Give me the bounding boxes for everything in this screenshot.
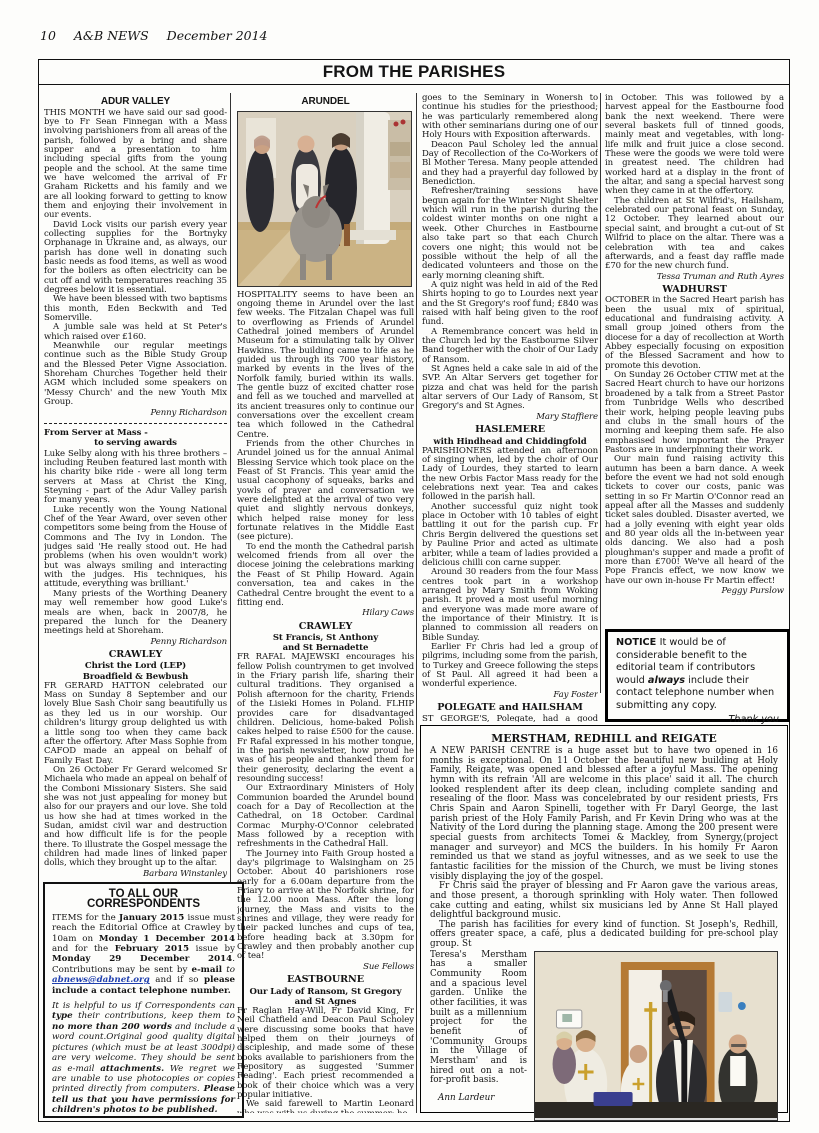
- paragraph: Friends from the other Churches in Arund…: [237, 440, 414, 543]
- paragraph: FR GERARD HATTON celebrated our Mass on …: [44, 682, 227, 766]
- paragraph: St Agnes held a cake sale in aid of the …: [422, 365, 598, 412]
- article-title-arundel: ARUNDEL: [237, 96, 414, 108]
- newspaper-page: 10 A&B NEWS December 2014 FROM THE PARIS…: [0, 0, 819, 1133]
- notice-text: NOTICE It would be of considerable benef…: [616, 637, 779, 713]
- article-title-wadhurst: WADHURST: [605, 284, 784, 296]
- email-link[interactable]: abnews@dabnet.org: [52, 975, 150, 985]
- text-run: their contributions, keep them to: [73, 1011, 235, 1021]
- paragraph: We have been blessed with two baptisms t…: [44, 295, 227, 323]
- article-title-adur-valley: ADUR VALLEY: [44, 96, 227, 108]
- byline: Penny Richardson: [44, 638, 227, 647]
- byline: Penny Richardson: [44, 409, 227, 418]
- section-banner: FROM THE PARISHES: [39, 60, 789, 85]
- merstham-wrap-row: Teresa's Merstham has a smaller Communit…: [430, 951, 778, 1121]
- paragraph: Fr Chris said the prayer of blessing and…: [430, 882, 778, 921]
- paragraph: PARISHIONERS attended an afternoon of si…: [422, 447, 598, 503]
- correspondents-notice-box: TO ALL OUR CORRESPONDENTS ITEMS for the …: [43, 882, 244, 1118]
- byline: Barbara Winstanley: [44, 870, 227, 879]
- text-run: e-mail: [192, 965, 223, 975]
- paragraph: FR RAFAL MAJEWSKI encourages his fellow …: [237, 653, 414, 784]
- article-subtitle: Our Lady of Ransom, St Gregory: [237, 987, 414, 997]
- paragraph: THIS MONTH we have said our sad good-bye…: [44, 109, 227, 221]
- page-number: 10: [40, 28, 56, 43]
- column-2: ARUNDEL: [237, 94, 414, 1113]
- byline: Hilary Caws: [237, 609, 414, 618]
- text-run: Monday 1 December 2014: [99, 934, 235, 944]
- correspondents-title: TO ALL OUR CORRESPONDENTS: [52, 889, 235, 910]
- text-run: ITEMS for the: [52, 913, 119, 923]
- text-run: no more than 200 words: [52, 1022, 172, 1032]
- text-run: to: [226, 965, 235, 975]
- article-title-crawley-friary: CRAWLEY: [237, 621, 414, 633]
- column-rule-2: [416, 93, 417, 1113]
- text-run: attachments.: [100, 1064, 164, 1074]
- paragraph: OCTOBER in the Sacred Heart parish has b…: [605, 296, 784, 371]
- byline: Mary Staffiere: [422, 413, 598, 422]
- paragraph: Meanwhile our regular meetings continue …: [44, 342, 227, 407]
- paragraph: On 26 October Fr Gerard welcomed Sr Mich…: [44, 766, 227, 869]
- byline: Ann Lardeur: [430, 1094, 527, 1104]
- merstham-wrap-text: Teresa's Merstham has a smaller Communit…: [430, 951, 527, 1121]
- merstham-photo-illustration: [535, 952, 777, 1118]
- masthead-title: A&B NEWS: [74, 28, 149, 43]
- merstham-blessing-photo: [534, 951, 778, 1121]
- article-subtitle: St Francis, St Anthony: [237, 633, 414, 643]
- byline: Tessa Truman and Ruth Ayres: [605, 273, 784, 282]
- text-run: and if so: [150, 975, 204, 985]
- content-frame: FROM THE PARISHES ADUR VALLEY THIS MONTH…: [38, 59, 790, 1122]
- column-rule-3: [600, 93, 601, 693]
- masthead: 10 A&B NEWS December 2014: [40, 28, 282, 43]
- text-run: issue by: [189, 944, 235, 954]
- article-title-server-awards-line2: to serving awards: [44, 438, 227, 448]
- paragraph: ST GEORGE'S, Polegate, had a good respon…: [422, 715, 598, 722]
- paragraph: On Sunday 26 October CTIW met at the Sac…: [605, 371, 784, 455]
- byline: Fay Foster: [422, 691, 598, 700]
- paragraph: The Journey into Faith Group hosted a da…: [237, 850, 414, 962]
- paragraph: To end the month the Cathedral parish we…: [237, 543, 414, 608]
- paragraph: goes to the Seminary in Wonersh to conti…: [422, 94, 598, 141]
- paragraph: Many priests of the Worthing Deanery may…: [44, 590, 227, 637]
- correspondents-paragraph-italic: It is helpful to us if Correspondents ca…: [52, 1001, 235, 1115]
- article-title-polegate: POLEGATE and HAILSHAM: [422, 702, 598, 714]
- paragraph: A jumble sale was held at St Peter's whi…: [44, 323, 227, 342]
- paragraph: Refresher/training sessions have begun a…: [422, 187, 598, 280]
- article-title-crawley-lord: CRAWLEY: [44, 649, 227, 661]
- text-run: January 2015: [119, 913, 184, 923]
- paragraph: Earlier Fr Chris had led a group of pilg…: [422, 643, 598, 690]
- column-4: in October. This was followed by a harve…: [605, 94, 784, 628]
- paragraph: Luke Selby along with his three brothers…: [44, 450, 227, 506]
- article-title-server-awards-line1: From Server at Mass -: [44, 428, 227, 438]
- paragraph: A quiz night was held in aid of the Red …: [422, 281, 598, 328]
- paragraph: David Lock visits our parish every year …: [44, 221, 227, 296]
- editorial-notice-box: NOTICE It would be of considerable benef…: [605, 629, 790, 722]
- paragraph: HOSPITALITY seems to have been an ongoin…: [237, 291, 414, 441]
- arundel-donkey-blessing-photo: [237, 111, 412, 287]
- merstham-article-box: MERSTHAM, REDHILL and REIGATE A NEW PARI…: [420, 725, 788, 1113]
- paragraph: Our main fund raising activity this autu…: [605, 455, 784, 586]
- text-run: and for the: [52, 944, 115, 954]
- paragraph: Luke recently won the Young National Che…: [44, 506, 227, 590]
- paragraph: in October. This was followed by a harve…: [605, 94, 784, 197]
- paragraph: We said farewell to Martin Leonard who w…: [237, 1100, 414, 1113]
- correspondents-paragraph: ITEMS for the January 2015 issue must re…: [52, 913, 235, 996]
- paragraph: Around 30 readers from the four Mass cen…: [422, 568, 598, 643]
- paragraph: The children at St Wilfrid's, Hailsham, …: [605, 197, 784, 272]
- column-1: ADUR VALLEY THIS MONTH we have said our …: [44, 94, 227, 882]
- byline: Peggy Purslow: [605, 587, 784, 596]
- paragraph: Another successful quiz night took place…: [422, 503, 598, 568]
- paragraph: A Remembrance concert was held in the Ch…: [422, 328, 598, 365]
- paragraph: A NEW PARISH CENTRE is a huge asset but …: [430, 747, 778, 882]
- paragraph: Fr Raglan Hay-Will, Fr David King, Fr Ne…: [237, 1007, 414, 1100]
- paragraph: Our Extraordinary Ministers of Holy Comm…: [237, 784, 414, 849]
- article-subtitle: Christ the Lord (LEP): [44, 661, 227, 671]
- text-run: NOTICE: [616, 637, 660, 648]
- article-title-haslemere: HASLEMERE: [422, 424, 598, 436]
- text-run: type: [52, 1011, 73, 1021]
- text-run: February 2015: [115, 944, 189, 954]
- text-run: Monday 29 December 2014: [52, 954, 232, 964]
- paragraph: Deacon Paul Scholey led the annual Day o…: [422, 141, 598, 188]
- text-run: always: [648, 675, 685, 686]
- article-title-merstham: MERSTHAM, REDHILL and REIGATE: [430, 732, 778, 745]
- article-title-eastbourne: EASTBOURNE: [237, 974, 414, 986]
- byline: Sue Fellows: [237, 963, 414, 972]
- arundel-photo-illustration: [238, 112, 411, 286]
- paragraph: Teresa's Merstham has a smaller Communit…: [430, 951, 527, 1086]
- column-3: goes to the Seminary in Wonersh to conti…: [422, 94, 598, 722]
- paragraph: The parish has facilities for every kind…: [430, 921, 778, 950]
- masthead-date: December 2014: [167, 28, 268, 43]
- dashed-divider: [44, 423, 227, 424]
- text-run: It is helpful to us if Correspondents ca…: [52, 1001, 235, 1011]
